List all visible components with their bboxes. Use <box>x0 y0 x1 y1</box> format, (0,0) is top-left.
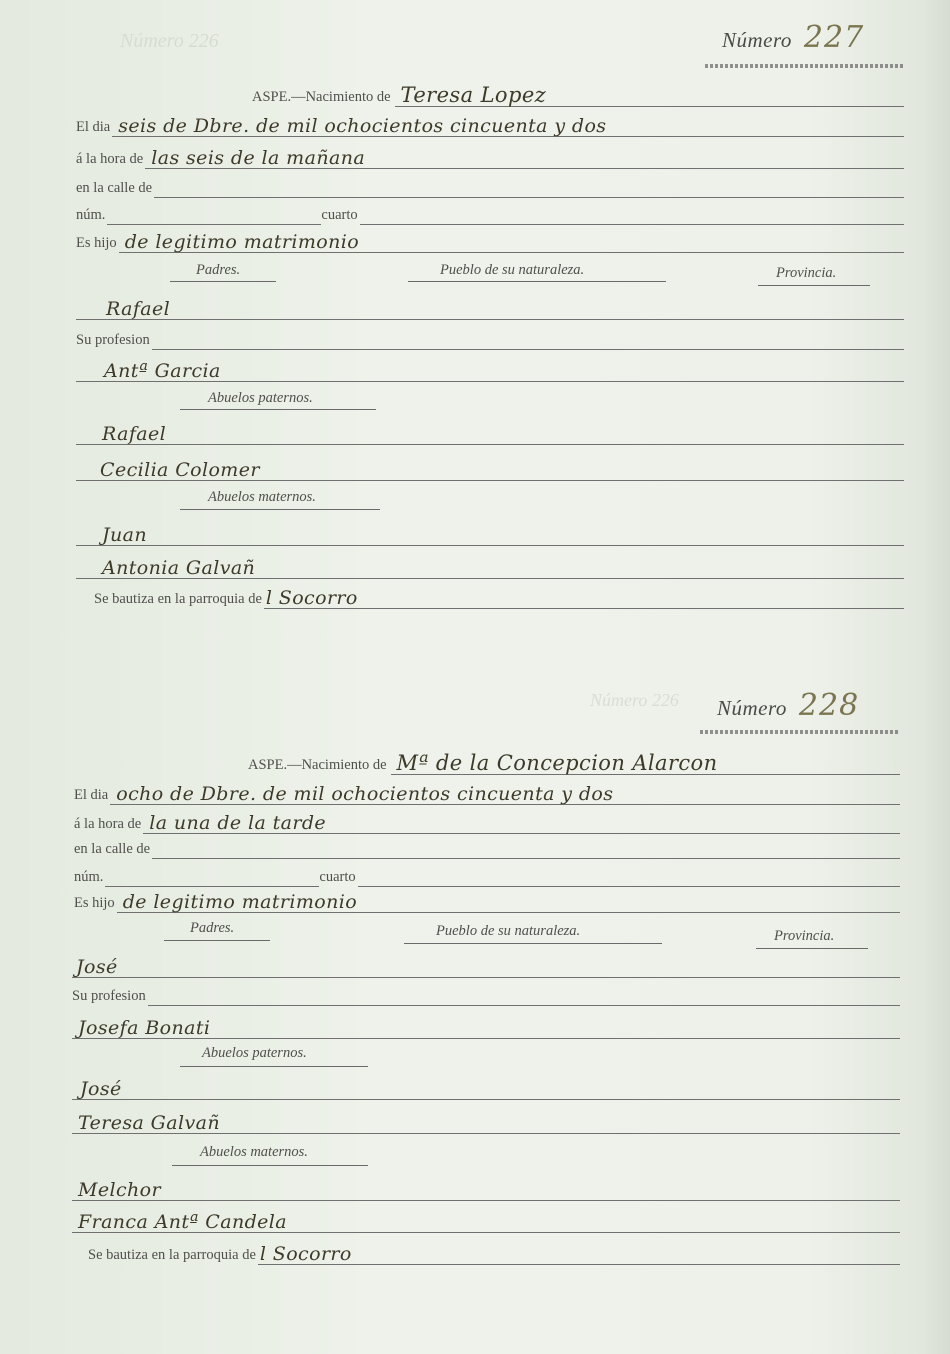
abuelo-materno-line: Melchor <box>72 1178 900 1201</box>
es-hijo-label: Es hijo <box>76 235 117 253</box>
abuela-materna-line: Franca Antª Candela <box>72 1210 900 1233</box>
maternal-grandfather: Juan <box>102 524 147 546</box>
nacimiento-label: ASPE.—Nacimiento de <box>252 89 391 107</box>
abuela-paterna-line: Teresa Galvañ <box>72 1111 900 1134</box>
provincia-caption: Provincia. <box>774 928 834 945</box>
padres-caption: Padres. <box>196 262 240 279</box>
record-number: Número 228 <box>717 688 859 723</box>
profesion-label: Su profesion <box>76 332 150 350</box>
nacimiento-row: ASPE.—Nacimiento de Mª de la Concepcion … <box>248 752 900 775</box>
maternal-grandmother: Antonia Galvañ <box>102 557 255 579</box>
profesion-row: Su profesion <box>76 327 904 350</box>
dia-label: El dia <box>76 119 110 137</box>
abuelos-maternos-rule <box>172 1165 368 1166</box>
bautiza-row: Se bautiza en la parroquia de l Socorro <box>94 586 904 609</box>
padre-line: José <box>72 955 900 978</box>
pueblo-caption: Pueblo de su naturaleza. <box>436 923 580 940</box>
child-name: Mª de la Concepcion Alarcon <box>397 751 718 775</box>
cuarto-label: cuarto <box>319 869 355 887</box>
calle-row: en la calle de <box>76 175 904 198</box>
padres-rule <box>164 940 270 941</box>
nacimiento-field: Mª de la Concepcion Alarcon <box>391 752 900 775</box>
parish: l Socorro <box>266 587 358 609</box>
abuelos-paternos-caption: Abuelos paternos. <box>208 390 313 407</box>
bautiza-row: Se bautiza en la parroquia de l Socorro <box>88 1242 900 1265</box>
numero-label: Número <box>717 696 787 721</box>
dia-field: seis de Dbre. de mil ochocientos cincuen… <box>112 114 904 137</box>
hora-label: á la hora de <box>76 151 143 169</box>
legitimacy: de legitimo matrimonio <box>123 891 357 913</box>
padre-line: Rafael <box>76 297 904 320</box>
provincia-rule <box>758 285 870 286</box>
numero-label: Número <box>722 28 792 53</box>
birth-date: seis de Dbre. de mil ochocientos cincuen… <box>118 115 606 137</box>
provincia-rule <box>756 948 868 949</box>
profesion-field <box>148 983 900 1006</box>
abuelo-materno-line: Juan <box>76 523 904 546</box>
profesion-row: Su profesion <box>72 983 900 1006</box>
birth-date: ocho de Dbre. de mil ochocientos cincuen… <box>116 783 613 805</box>
parroquia-field: l Socorro <box>264 586 904 609</box>
profesion-field <box>152 327 904 350</box>
abuelo-paterno-line: José <box>72 1077 900 1100</box>
num-label: núm. <box>76 207 105 225</box>
es-hijo-row: Es hijo de legitimo matrimonio <box>74 890 900 913</box>
pueblo-caption: Pueblo de su naturaleza. <box>440 262 584 279</box>
abuelos-maternos-rule <box>180 509 380 510</box>
parish: l Socorro <box>260 1243 352 1265</box>
paternal-grandmother: Cecilia Colomer <box>100 459 260 481</box>
bautiza-label: Se bautiza en la parroquia de <box>94 591 262 609</box>
es-hijo-row: Es hijo de legitimo matrimonio <box>76 230 904 253</box>
abuelos-maternos-caption: Abuelos maternos. <box>208 489 316 506</box>
child-name: Teresa Lopez <box>401 83 547 107</box>
pueblo-rule <box>408 281 666 282</box>
provincia-caption: Provincia. <box>776 265 836 282</box>
hora-row: á la hora de las seis de la mañana <box>76 146 904 169</box>
padres-caption: Padres. <box>190 920 234 937</box>
num-cuarto-row: núm. cuarto <box>74 864 900 887</box>
record-number: Número 227 <box>722 20 864 55</box>
nacimiento-row: ASPE.—Nacimiento de Teresa Lopez <box>252 84 904 107</box>
mother-name: Antª Garcia <box>104 360 221 382</box>
abuelos-maternos-caption: Abuelos maternos. <box>200 1144 308 1161</box>
bleed-through-text: Número 226 <box>120 30 219 53</box>
madre-line: Antª Garcia <box>76 359 904 382</box>
hora-field: la una de la tarde <box>143 811 900 834</box>
ornamental-rule <box>705 64 905 68</box>
mother-name: Josefa Bonati <box>78 1017 210 1039</box>
calle-label: en la calle de <box>76 180 152 198</box>
calle-field <box>152 836 900 859</box>
hora-label: á la hora de <box>74 816 141 834</box>
cuarto-label: cuarto <box>321 207 357 225</box>
register-page: Número 226 Número 226 Número 227 ASPE.—N… <box>0 0 950 1354</box>
father-name: José <box>76 956 118 978</box>
numero-value: 227 <box>804 20 864 55</box>
abuelos-paternos-rule <box>180 409 376 410</box>
dia-label: El dia <box>74 787 108 805</box>
father-name: Rafael <box>106 298 170 320</box>
parroquia-field: l Socorro <box>258 1242 900 1265</box>
abuelo-paterno-line: Rafael <box>76 422 904 445</box>
hora-field: las seis de la mañana <box>145 146 904 169</box>
num-cuarto-row: núm. cuarto <box>76 202 904 225</box>
cuarto-field <box>360 202 904 225</box>
padres-rule <box>170 281 276 282</box>
abuela-materna-line: Antonia Galvañ <box>76 556 904 579</box>
birth-hour: la una de la tarde <box>149 812 326 834</box>
cuarto-field <box>358 864 900 887</box>
birth-hour: las seis de la mañana <box>151 147 365 169</box>
calle-field <box>154 175 904 198</box>
numero-value: 228 <box>799 688 859 723</box>
es-hijo-label: Es hijo <box>74 895 115 913</box>
num-label: núm. <box>74 869 103 887</box>
pueblo-rule <box>404 943 662 944</box>
nacimiento-label: ASPE.—Nacimiento de <box>248 757 387 775</box>
maternal-grandmother: Franca Antª Candela <box>78 1211 287 1233</box>
ornamental-rule <box>700 730 900 734</box>
abuelos-paternos-caption: Abuelos paternos. <box>202 1045 307 1062</box>
abuelos-paternos-rule <box>180 1066 368 1067</box>
nacimiento-field: Teresa Lopez <box>395 84 904 107</box>
es-hijo-field: de legitimo matrimonio <box>117 890 900 913</box>
bleed-through-text: Número 226 <box>590 690 679 711</box>
maternal-grandfather: Melchor <box>78 1179 161 1201</box>
paternal-grandfather: Rafael <box>102 423 166 445</box>
profesion-label: Su profesion <box>72 988 146 1006</box>
calle-label: en la calle de <box>74 841 150 859</box>
es-hijo-field: de legitimo matrimonio <box>119 230 904 253</box>
legitimacy: de legitimo matrimonio <box>125 231 359 253</box>
madre-line: Josefa Bonati <box>72 1016 900 1039</box>
dia-row: El dia seis de Dbre. de mil ochocientos … <box>76 114 904 137</box>
bautiza-label: Se bautiza en la parroquia de <box>88 1247 256 1265</box>
hora-row: á la hora de la una de la tarde <box>74 811 900 834</box>
num-field <box>107 202 321 225</box>
abuela-paterna-line: Cecilia Colomer <box>76 458 904 481</box>
paternal-grandfather: José <box>80 1078 122 1100</box>
paternal-grandmother: Teresa Galvañ <box>78 1112 220 1134</box>
calle-row: en la calle de <box>74 836 900 859</box>
dia-field: ocho de Dbre. de mil ochocientos cincuen… <box>110 782 900 805</box>
dia-row: El dia ocho de Dbre. de mil ochocientos … <box>74 782 900 805</box>
num-field <box>105 864 319 887</box>
